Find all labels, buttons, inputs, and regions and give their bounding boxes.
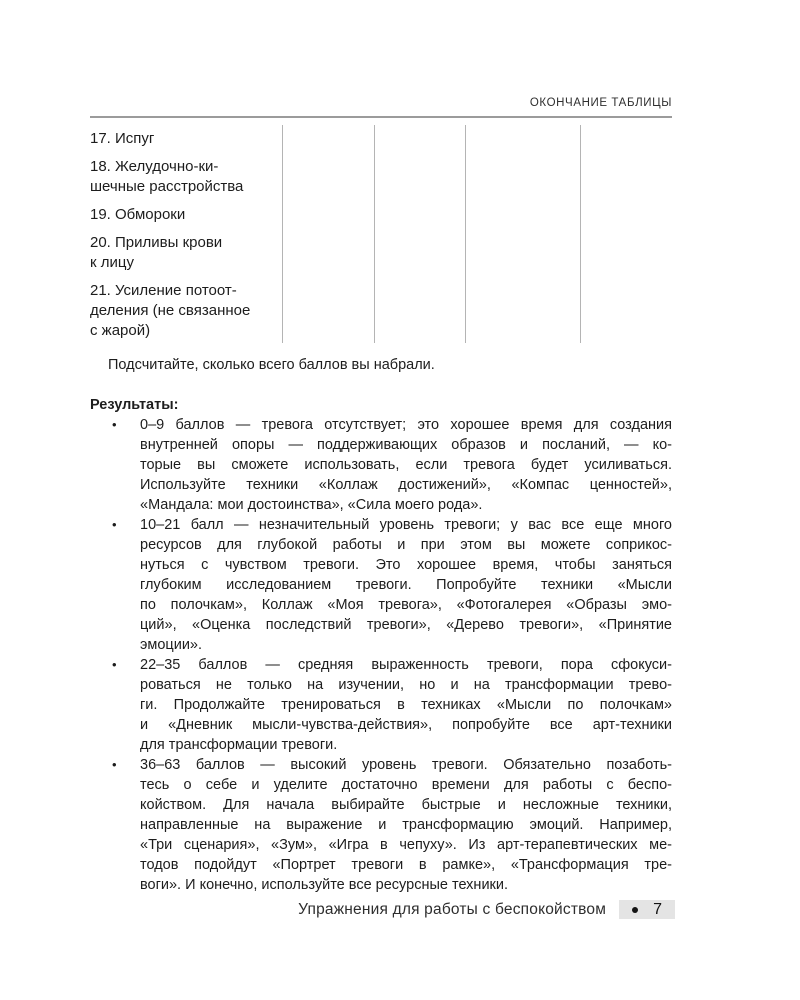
header-rule [90,116,672,118]
count-instruction-paragraph: Подсчитайте, сколько всего баллов вы наб… [90,355,672,375]
list-item: • 10–21 балл — незначительный уровень тр… [90,515,672,655]
results-list: • 0–9 баллов — тревога отсутствует; это … [90,415,672,895]
results-heading: Результаты: [90,395,672,415]
table-score-cell-empty [374,125,465,343]
list-item-text: 0–9 баллов — тревога отсутствует; это хо… [140,415,672,515]
page-number: 7 [653,901,662,919]
list-item-text: 36–63 баллов — высокий уровень тревоги. … [140,755,672,895]
table-row: 17. Испуг [90,129,282,149]
table-label-column: 17. Испуг 18. Желудочно-ки-шечные расстр… [90,125,282,343]
symptom-score-table: 17. Испуг 18. Желудочно-ки-шечные расстр… [90,125,672,343]
table-score-cell-empty [580,125,672,343]
table-row: 20. Приливы кровик лицу [90,233,282,273]
page-footer: Упражнения для работы с беспокойством 7 [90,900,675,919]
footer-section-title: Упражнения для работы с беспокойством [298,901,606,919]
bullet-icon: • [90,755,140,895]
table-row: 18. Желудочно-ки-шечные расстройства [90,157,282,197]
list-item-text: 22–35 баллов — средняя выраженность трев… [140,655,672,755]
table-row: 21. Усиление потоот-деления (не связанно… [90,281,282,341]
bullet-icon: • [90,655,140,755]
list-item: • 0–9 баллов — тревога отсутствует; это … [90,415,672,515]
list-item: • 36–63 баллов — высокий уровень тревоги… [90,755,672,895]
footer-bullet-icon [632,907,638,913]
table-score-cell-empty [282,125,374,343]
bullet-icon: • [90,515,140,655]
bullet-icon: • [90,415,140,515]
table-row: 19. Обмороки [90,205,282,225]
running-head: ОКОНЧАНИЕ ТАБЛИЦЫ [90,97,672,109]
page-number-badge: 7 [619,900,675,919]
list-item: • 22–35 баллов — средняя выраженность тр… [90,655,672,755]
book-page: ОКОНЧАНИЕ ТАБЛИЦЫ 17. Испуг 18. Желудочн… [0,0,800,1000]
list-item-text: 10–21 балл — незначительный уровень трев… [140,515,672,655]
table-score-cell-empty [465,125,580,343]
